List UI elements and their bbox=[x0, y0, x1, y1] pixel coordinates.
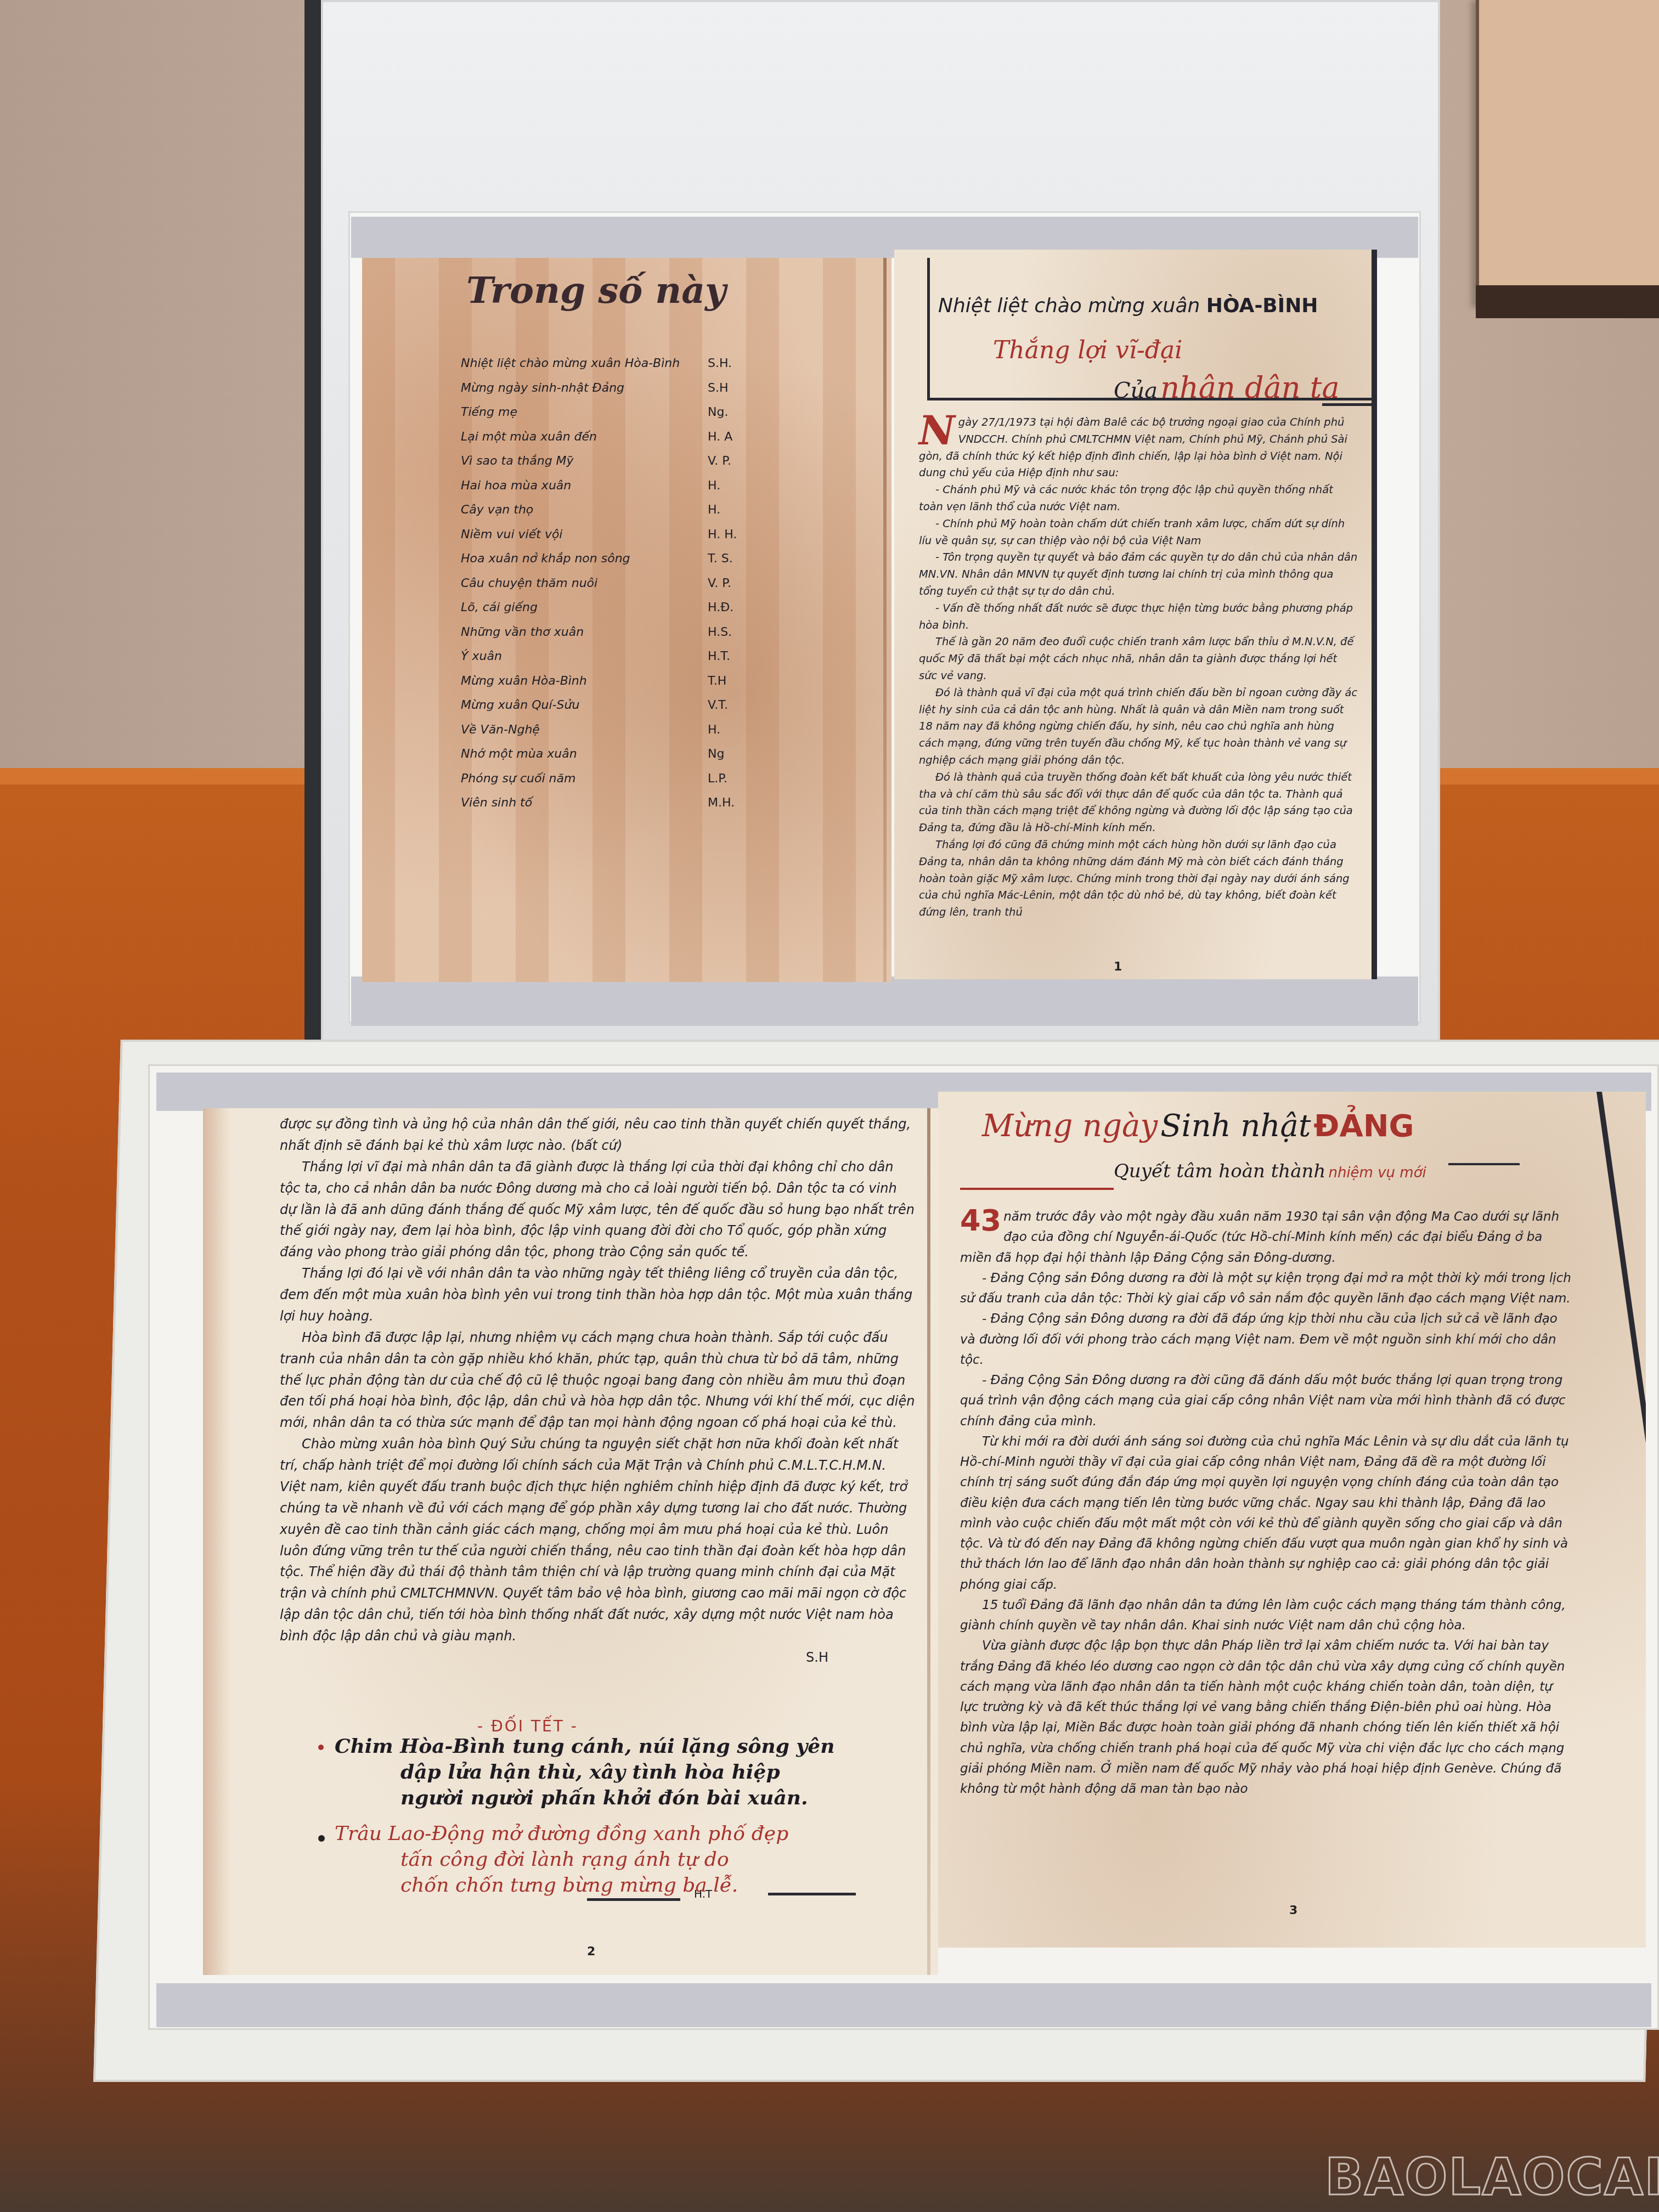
toc-entry-author: H.Đ. bbox=[708, 601, 746, 614]
party-article-body: 43 năm trước đây vào một ngày đầu xuân n… bbox=[960, 1207, 1575, 1799]
toc-entry-title: Vì sao ta thắng Mỹ bbox=[461, 454, 574, 468]
toc-entry-title: Về Văn-Nghệ bbox=[461, 723, 540, 737]
toc-row: Tiếng mẹNg. bbox=[461, 405, 746, 430]
party-article-page: Mừng ngày Sinh nhật ĐẢNG Quyết tâm hoàn … bbox=[938, 1092, 1646, 1948]
toc-entry-author: S.H. bbox=[708, 357, 746, 370]
subtitle-new-mission: nhiệm vụ mới bbox=[1328, 1165, 1426, 1181]
poem-rule-left bbox=[587, 1898, 680, 1901]
toc-entry-author: H. bbox=[708, 503, 746, 517]
toc-entry-title: Ý xuân bbox=[461, 650, 502, 663]
article-paragraph: Đó là thành quả vĩ đại của một quá trình… bbox=[919, 685, 1358, 769]
toc-entry-title: Mừng ngày sinh-nhật Đảng bbox=[461, 381, 624, 395]
toc-row: Hai hoa mùa xuânH. bbox=[461, 479, 746, 504]
toc-entry-author: H. A bbox=[708, 430, 746, 444]
subtitle-rule-right bbox=[1448, 1163, 1520, 1165]
poem-line: Trâu Lao-Động mở đường đồng xanh phố đẹp bbox=[335, 1821, 788, 1847]
toc-entry-title: Lại một mùa xuân đến bbox=[461, 430, 597, 444]
toc-row: Hoa xuân nở khắp non sôngT. S. bbox=[461, 552, 746, 577]
subtitle-rule-left bbox=[960, 1188, 1114, 1190]
toc-row: Về Văn-NghệH. bbox=[461, 723, 746, 748]
poem-title: - ĐỐI TẾT - bbox=[477, 1717, 578, 1735]
toc-entry-author: L.P. bbox=[708, 772, 746, 786]
subtitle-determined: Quyết tâm hoàn thành bbox=[1114, 1160, 1325, 1182]
toc-list: Nhiệt liệt chào mừng xuân Hòa-BìnhS.H. M… bbox=[461, 357, 746, 821]
party-title: Mừng ngày Sinh nhật ĐẢNG bbox=[982, 1108, 1414, 1144]
drop-cap: 43 bbox=[960, 1207, 1001, 1234]
poem-line: chốn chốn tưng bừng mừng ba lễ. bbox=[335, 1873, 788, 1899]
toc-entry-author: T. S. bbox=[708, 552, 746, 566]
article-paragraph: Hòa bình đã được lập lại, nhưng nhiệm vụ… bbox=[280, 1327, 916, 1434]
article-body: N gày 27/1/1973 tại hội đàm Balê các bộ … bbox=[919, 414, 1358, 921]
article-signature: S.H bbox=[280, 1647, 916, 1668]
toc-entry-title: Mừng xuân Quí-Sửu bbox=[461, 698, 579, 712]
article-paragraph: - Đảng Cộng sản Đông dương ra đời đã đáp… bbox=[960, 1309, 1575, 1370]
article-paragraph: Đó là thành quả của truyền thống đoàn kế… bbox=[919, 769, 1358, 837]
article-paragraph: năm trước đây vào một ngày đầu xuân năm … bbox=[960, 1207, 1575, 1268]
toc-entry-author: S.H bbox=[708, 381, 746, 395]
toc-row: Viên sinh tốM.H. bbox=[461, 796, 746, 821]
toc-entry-author: H. bbox=[708, 479, 746, 493]
article-paragraph: Thế là gần 20 năm đeo đuổi cuộc chiến tr… bbox=[919, 634, 1358, 684]
peace-article-page: Nhiệt liệt chào mừng xuân HÒA-BÌNH Thắng… bbox=[894, 250, 1377, 979]
toc-entry-author: H. H. bbox=[708, 528, 746, 541]
toc-row: Phóng sự cuối nămL.P. bbox=[461, 772, 746, 797]
toc-entry-title: Những vần thơ xuân bbox=[461, 625, 584, 639]
toc-row: Những vần thơ xuânH.S. bbox=[461, 625, 746, 650]
article-paragraph: Chào mừng xuân hòa bình Quý Sửu chúng ta… bbox=[280, 1434, 916, 1647]
header-victory: Thắng lợi vĩ-đại bbox=[993, 332, 1182, 369]
toc-entry-author: T.H bbox=[708, 674, 746, 688]
header-rule bbox=[1322, 403, 1377, 406]
article-paragraph: - Vấn đề thống nhất đất nước sẽ được thự… bbox=[919, 600, 1358, 634]
article-paragraph: được sự đồng tình và ủng hộ của nhân dân… bbox=[280, 1114, 916, 1156]
poem-black-verse: Chim Hòa-Bình tung cánh, núi lặng sông y… bbox=[335, 1734, 834, 1810]
toc-row: Nhiệt liệt chào mừng xuân Hòa-BìnhS.H. bbox=[461, 357, 746, 381]
poem-signature: H.T bbox=[694, 1887, 712, 1900]
toc-row: Lại một mùa xuân đếnH. A bbox=[461, 430, 746, 455]
wall-poster-frame bbox=[1476, 0, 1659, 307]
toc-row: Câu chuyện thăm nuôiV. P. bbox=[461, 577, 746, 601]
toc-entry-author: H.S. bbox=[708, 625, 746, 639]
article-paragraph: - Đảng Cộng Sản Đông dương ra đời cũng đ… bbox=[960, 1370, 1575, 1432]
poem-rule-right bbox=[768, 1893, 856, 1895]
article-paragraph: Thắng lợi đó lại về với nhân dân ta vào … bbox=[280, 1263, 916, 1327]
article-continuation-page: được sự đồng tình và ủng hộ của nhân dân… bbox=[203, 1108, 938, 1975]
poem-bullet-black bbox=[318, 1835, 325, 1842]
toc-entry-author: H.T. bbox=[708, 650, 746, 663]
poem-line: tấn công đời lành rạng ánh tự do bbox=[335, 1847, 788, 1873]
poem-line: Chim Hòa-Bình tung cánh, núi lặng sông y… bbox=[335, 1734, 834, 1759]
header-peace-bold: HÒA-BÌNH bbox=[1206, 295, 1318, 317]
toc-entry-title: Viên sinh tố bbox=[461, 796, 532, 810]
header-greeting: Nhiệt liệt chào mừng xuân bbox=[938, 295, 1200, 317]
drop-cap: N bbox=[919, 414, 955, 447]
article-paragraph: Thắng lợi đó cũng đã chứng minh một cách… bbox=[919, 837, 1358, 921]
upper-sleeve-bottom-band bbox=[351, 977, 1418, 1026]
toc-entry-title: Phóng sự cuối năm bbox=[461, 772, 575, 786]
page-edge-border bbox=[1372, 250, 1377, 979]
article-paragraph: - Đảng Cộng sản Đông dương ra đời là một… bbox=[960, 1268, 1575, 1310]
article-paragraph: Từ khi mới ra đời dưới ánh sáng soi đườn… bbox=[960, 1432, 1575, 1595]
continuation-body: được sự đồng tình và ủng hộ của nhân dân… bbox=[280, 1114, 916, 1668]
toc-page: Trong số này Nhiệt liệt chào mừng xuân H… bbox=[362, 258, 891, 982]
toc-row: Mừng ngày sinh-nhật ĐảngS.H bbox=[461, 381, 746, 406]
toc-entry-title: Hoa xuân nở khắp non sông bbox=[461, 552, 630, 566]
poem-line: dập lửa hận thù, xây tình hòa hiệp bbox=[335, 1759, 834, 1785]
poem-bullet-red bbox=[318, 1745, 324, 1750]
toc-entry-author: H. bbox=[708, 723, 746, 737]
toc-entry-title: Lõ, cái giếng bbox=[461, 601, 538, 614]
article-paragraph: gày 27/1/1973 tại hội đàm Balê các bộ tr… bbox=[919, 414, 1358, 482]
article-paragraph: - Chính phủ Mỹ hoàn toàn chấm dứt chiến … bbox=[919, 516, 1358, 550]
toc-entry-author: Ng bbox=[708, 747, 746, 761]
toc-entry-title: Mừng xuân Hòa-Bình bbox=[461, 674, 587, 688]
toc-entry-title: Niềm vui viết vội bbox=[461, 528, 562, 541]
toc-entry-author: V. P. bbox=[708, 577, 746, 590]
party-subtitle: Quyết tâm hoàn thành nhiệm vụ mới bbox=[1114, 1160, 1426, 1182]
poem-red-verse: Trâu Lao-Động mở đường đồng xanh phố đẹp… bbox=[335, 1821, 788, 1898]
toc-entry-title: Tiếng mẹ bbox=[461, 405, 517, 419]
page-number: 2 bbox=[587, 1945, 595, 1959]
publisher-watermark: BAOLAOCAI bbox=[1325, 2148, 1659, 2207]
toc-entry-title: Cây vạn thọ bbox=[461, 503, 533, 517]
title-celebrate: Mừng ngày bbox=[982, 1108, 1158, 1144]
page-number: 1 bbox=[1114, 960, 1122, 974]
toc-entry-author: V.T. bbox=[708, 698, 746, 712]
title-birthday: Sinh nhật bbox=[1160, 1108, 1311, 1144]
toc-row: Nhớ một mùa xuânNg bbox=[461, 747, 746, 772]
toc-entry-title: Câu chuyện thăm nuôi bbox=[461, 577, 597, 590]
article-paragraph: 15 tuổi Đảng đã lãnh đạo nhân dân ta đứn… bbox=[960, 1595, 1575, 1637]
toc-row: Vì sao ta thắng MỹV. P. bbox=[461, 454, 746, 479]
header-our-people: nhân dân ta bbox=[1160, 370, 1339, 405]
toc-row: Cây vạn thọH. bbox=[461, 503, 746, 528]
toc-entry-author: M.H. bbox=[708, 796, 746, 810]
toc-entry-title: Hai hoa mùa xuân bbox=[461, 479, 571, 493]
toc-row: Lõ, cái giếngH.Đ. bbox=[461, 601, 746, 625]
poem-line: người người phấn khởi đón bài xuân. bbox=[335, 1785, 834, 1811]
toc-row: Mừng xuân Quí-SửuV.T. bbox=[461, 698, 746, 723]
title-party: ĐẢNG bbox=[1313, 1108, 1414, 1144]
page-number: 3 bbox=[1289, 1904, 1297, 1917]
toc-row: Mừng xuân Hòa-BìnhT.H bbox=[461, 674, 746, 699]
article-paragraph: Vừa giành được độc lập bọn thực dân Pháp… bbox=[960, 1636, 1575, 1799]
header-of: Của bbox=[1114, 378, 1158, 403]
article-paragraph: - Tôn trọng quyền tự quyết và bảo đảm cá… bbox=[919, 549, 1358, 600]
article-paragraph: Thắng lợi vĩ đại mà nhân dân ta đã giành… bbox=[280, 1156, 916, 1263]
page-edge-border bbox=[1596, 1092, 1646, 1948]
lower-sleeve-bottom-band bbox=[156, 1983, 1651, 2027]
header-line-1: Nhiệt liệt chào mừng xuân HÒA-BÌNH bbox=[938, 291, 1318, 321]
header-line-3: Của nhân dân ta bbox=[1114, 365, 1340, 411]
page-gutter-crease bbox=[927, 1108, 930, 1975]
toc-title: Trong số này bbox=[466, 269, 726, 312]
article-paragraph: - Chánh phủ Mỹ và các nước khác tôn trọn… bbox=[919, 482, 1358, 516]
toc-entry-title: Nhớ một mùa xuân bbox=[461, 747, 577, 761]
toc-row: Ý xuânH.T. bbox=[461, 650, 746, 674]
page-gutter-crease bbox=[883, 258, 887, 982]
poster-frame-shadow bbox=[1476, 285, 1659, 318]
toc-row: Niềm vui viết vộiH. H. bbox=[461, 528, 746, 552]
toc-entry-title: Nhiệt liệt chào mừng xuân Hòa-Bình bbox=[461, 357, 680, 370]
toc-entry-author: Ng. bbox=[708, 405, 746, 419]
toc-entry-author: V. P. bbox=[708, 454, 746, 468]
